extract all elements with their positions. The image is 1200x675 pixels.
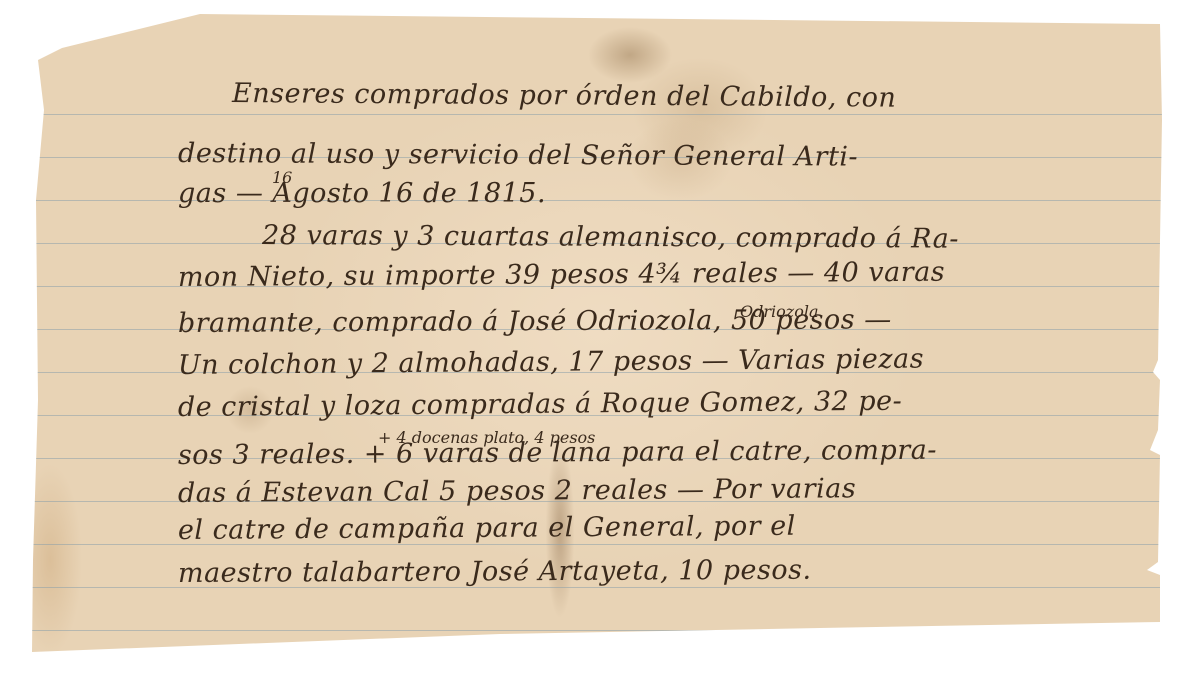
manuscript-line-3: gas — Agosto 16 de 1815. (178, 178, 546, 209)
interlinear-date-day: 16 (272, 168, 292, 187)
manuscript-line-11: el catre de campaña para el General, por… (178, 511, 796, 546)
manuscript-line-1: Enseres comprados por órden del Cabildo,… (232, 78, 896, 114)
interlinear-insertion: + 4 docenas plato, 4 pesos (378, 428, 595, 447)
ruled-line (30, 114, 1165, 115)
manuscript-line-7: Un colchon y 2 almohadas, 17 pesos — Var… (178, 343, 924, 381)
manuscript-line-8: de cristal y loza compradas á Roque Gome… (178, 386, 903, 423)
scanned-document: Enseres comprados por órden del Cabildo,… (0, 0, 1200, 675)
manuscript-line-5: mon Nieto, su importe 39 pesos 4¾ reales… (178, 257, 945, 293)
manuscript-line-10: das á Estevan Cal 5 pesos 2 reales — Por… (178, 473, 857, 509)
manuscript-line-4: 28 varas y 3 cuartas alemanisco, comprad… (262, 220, 959, 255)
interlinear-name-correction: Odriozola (740, 302, 818, 321)
ruled-line (30, 630, 1165, 631)
manuscript-line-12: maestro talabartero José Artayeta, 10 pe… (178, 555, 812, 589)
